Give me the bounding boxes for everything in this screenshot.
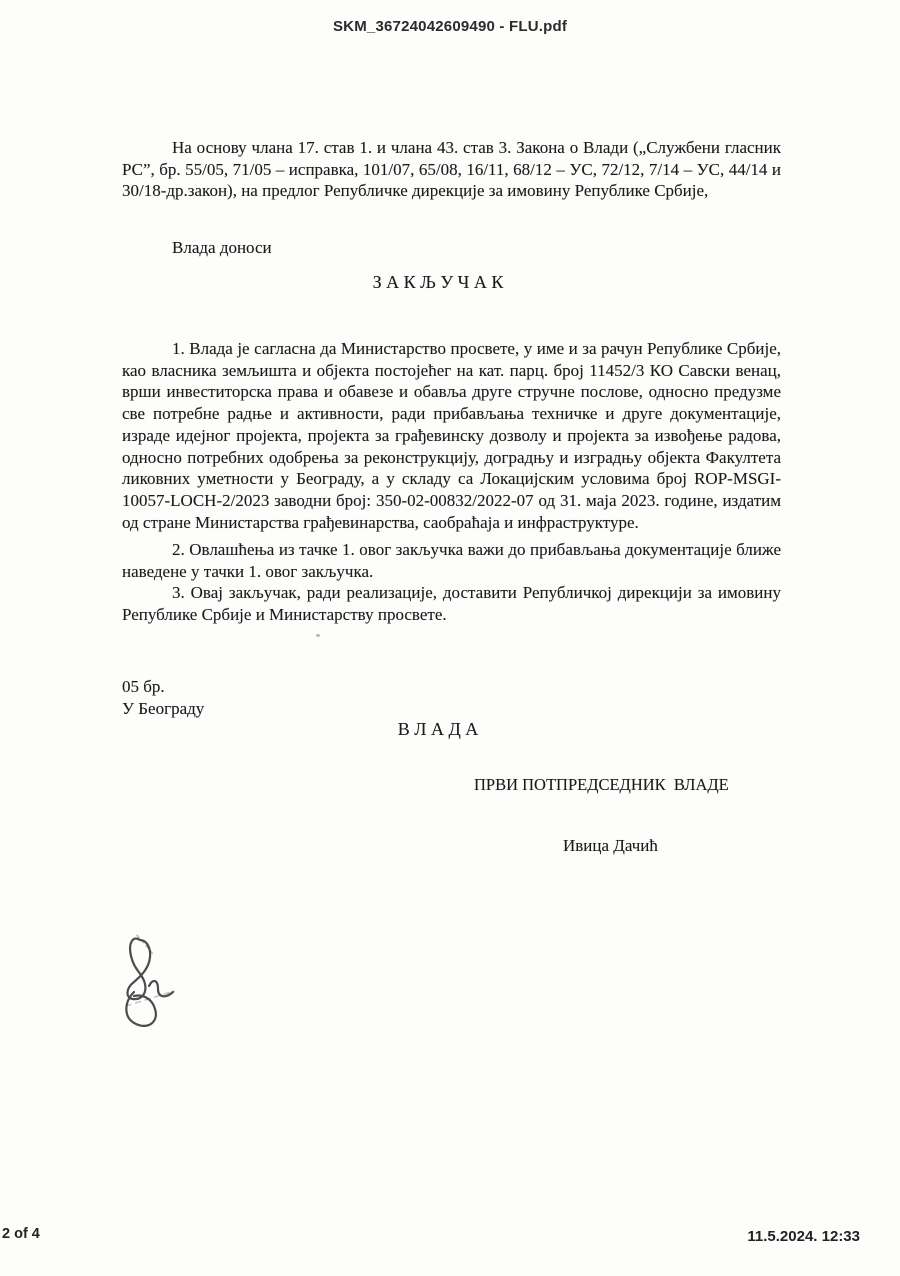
scan-ink-speck (316, 634, 320, 637)
document-title: З А К Љ У Ч А К (0, 272, 876, 293)
point-2-paragraph: 2. Овлашћења из тачке 1. овог закључка в… (122, 539, 781, 582)
point-3-paragraph: 3. Овај закључак, ради реализације, дост… (122, 582, 781, 625)
point-1-paragraph: 1. Влада је сагласна да Министарство про… (122, 338, 781, 533)
print-timestamp: 11.5.2024. 12:33 (747, 1228, 860, 1245)
signatory-title: ПРВИ ПОТПРЕДСЕДНИК ВЛАДЕ (474, 775, 729, 795)
page-number-indicator: 2 of 4 (2, 1226, 40, 1242)
handwritten-signature-scribble (114, 928, 184, 1038)
place-line: У Београду (122, 699, 204, 719)
number-line: 05 бр. (122, 677, 165, 697)
scanned-document-page: { "window": { "title": "SKM_367240426094… (0, 0, 900, 1276)
signatory-name: Ивица Дачић (563, 836, 658, 856)
issuer-label: В Л А Д А (0, 719, 876, 740)
enacting-clause: Влада доноси (122, 237, 781, 259)
preamble-paragraph: На основу члана 17. став 1. и члана 43. … (122, 137, 781, 202)
pdf-filename-header: SKM_36724042609490 - FLU.pdf (0, 18, 900, 35)
